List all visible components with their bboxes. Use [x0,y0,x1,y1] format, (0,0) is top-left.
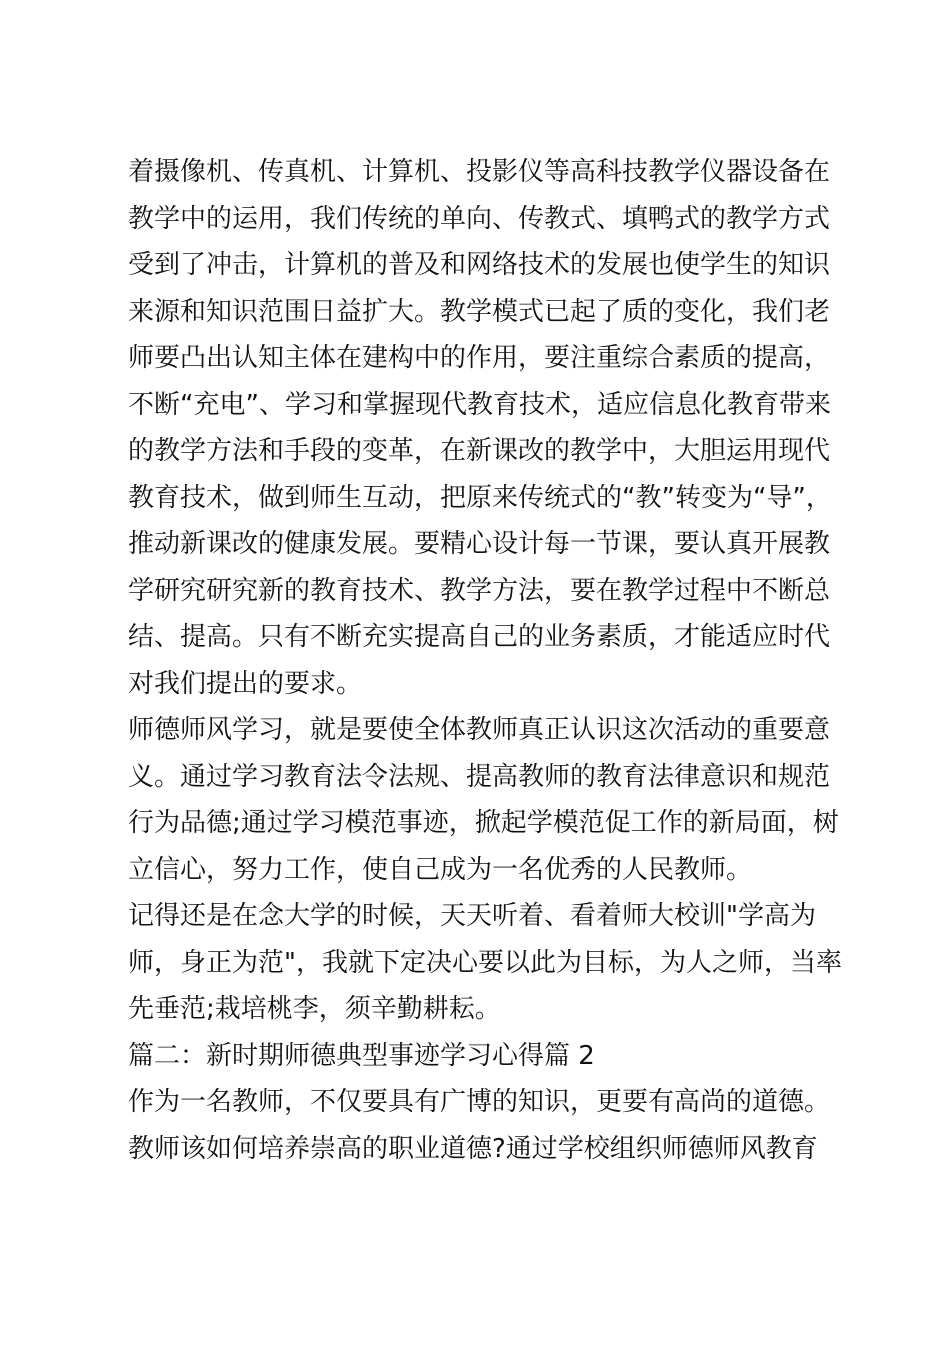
heading-text: 篇二：新时期师德典型事迹学习心得篇 2 [128,1033,838,1080]
text-line: 师德师风学习，就是要使全体教师真正认识这次活动的重要意 [128,707,838,754]
document-body: 着摄像机、传真机、计算机、投影仪等高科技教学仪器设备在 教学中的运用，我们传统的… [128,149,838,1172]
paragraph-technology: 着摄像机、传真机、计算机、投影仪等高科技教学仪器设备在 教学中的运用，我们传统的… [128,149,838,707]
text-line: 师要凸出认知主体在建构中的作用，要注重综合素质的提高， [128,335,838,382]
text-line: 师，身正为范"，我就下定决心要以此为目标，为人之师，当率 [128,940,838,987]
text-line: 不断“充电”、学习和掌握现代教育技术，适应信息化教育带来 [128,382,838,429]
paragraph-university-memory: 记得还是在念大学的时候，天天听着、看着师大校训"学高为 师，身正为范"，我就下定… [128,893,838,1033]
text-line: 的教学方法和手段的变革，在新课改的教学中，大胆运用现代 [128,428,838,475]
paragraph-ethics-study: 师德师风学习，就是要使全体教师真正认识这次活动的重要意 义。通过学习教育法令法规… [128,707,838,893]
text-line: 着摄像机、传真机、计算机、投影仪等高科技教学仪器设备在 [128,149,838,196]
text-line: 先垂范;栽培桃李，须辛勤耕耘。 [128,986,838,1033]
text-line: 立信心，努力工作，使自己成为一名优秀的人民教师。 [128,847,838,894]
text-line: 教学中的运用，我们传统的单向、传教式、填鸭式的教学方式 [128,196,838,243]
text-line: 教育技术，做到师生互动，把原来传统式的“教”转变为“导”， [128,475,838,522]
text-line: 教师该如何培养崇高的职业道德?通过学校组织师德师风教育 [128,1126,838,1173]
text-line: 结、提高。只有不断充实提高自己的业务素质，才能适应时代 [128,614,838,661]
document-page: 着摄像机、传真机、计算机、投影仪等高科技教学仪器设备在 教学中的运用，我们传统的… [0,0,950,1346]
paragraph-teacher-morality: 作为一名教师，不仅要具有广博的知识，更要有高尚的道德。 教师该如何培养崇高的职业… [128,1079,838,1172]
section-heading: 篇二：新时期师德典型事迹学习心得篇 2 [128,1033,838,1080]
text-line: 义。通过学习教育法令法规、提高教师的教育法律意识和规范 [128,754,838,801]
text-line: 推动新课改的健康发展。要精心设计每一节课，要认真开展教 [128,521,838,568]
text-line: 作为一名教师，不仅要具有广博的知识，更要有高尚的道德。 [128,1079,838,1126]
text-line: 受到了冲击，计算机的普及和网络技术的发展也使学生的知识 [128,242,838,289]
text-line: 记得还是在念大学的时候，天天听着、看着师大校训"学高为 [128,893,838,940]
text-line: 行为品德;通过学习模范事迹，掀起学模范促工作的新局面，树 [128,800,838,847]
text-line: 对我们提出的要求。 [128,661,838,708]
text-line: 学研究研究新的教育技术、教学方法，要在教学过程中不断总 [128,568,838,615]
text-line: 来源和知识范围日益扩大。教学模式已起了质的变化，我们老 [128,289,838,336]
